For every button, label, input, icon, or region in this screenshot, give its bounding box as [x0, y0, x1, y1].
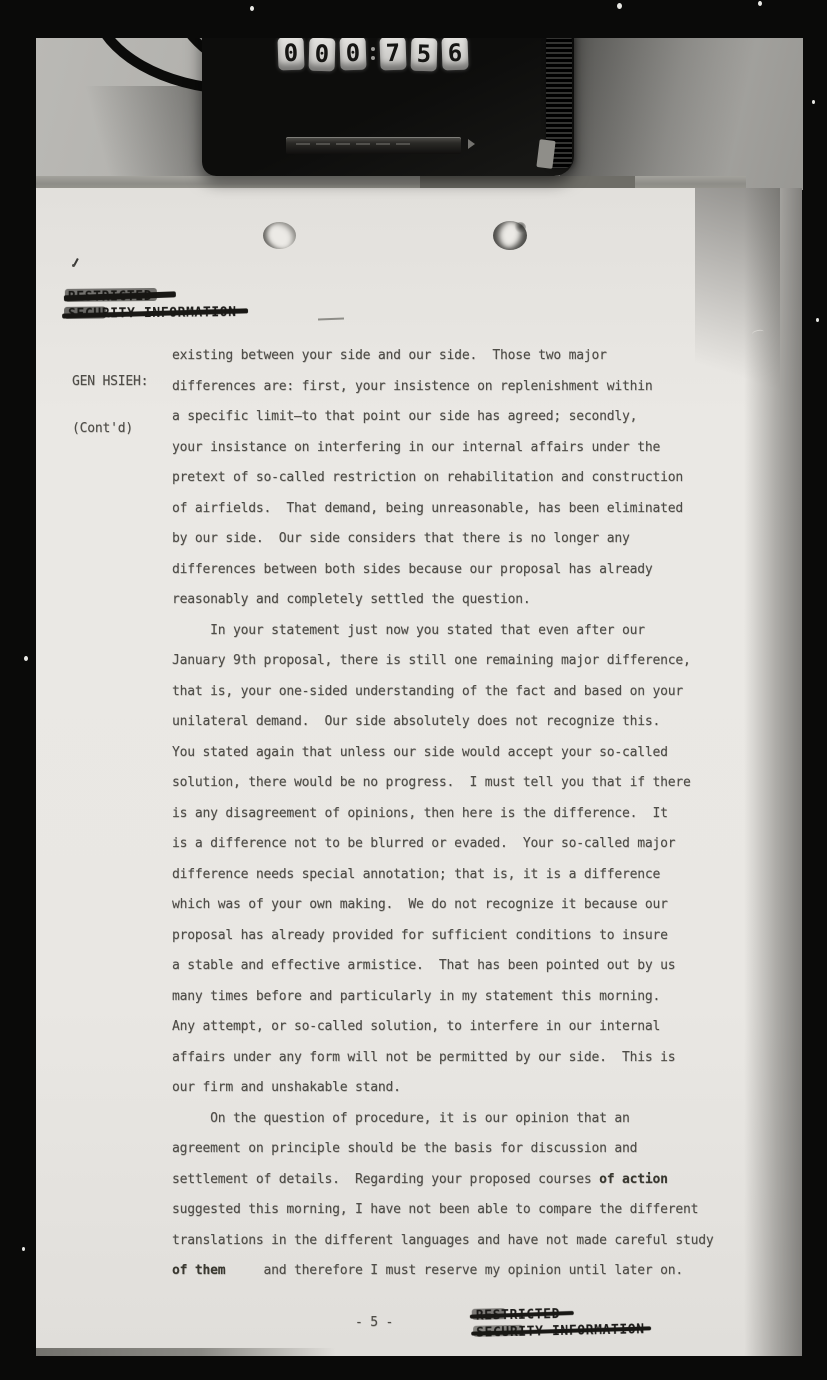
typed-segment: our firm and unshakable stand.	[172, 1080, 401, 1095]
typed-segment: January 9th proposal, there is still one…	[172, 653, 691, 668]
typed-line: your insistance on interfering in our in…	[172, 433, 714, 464]
strikethrough-mark	[64, 291, 176, 301]
counter-digit: 0	[339, 37, 366, 71]
counter-digit: 5	[411, 38, 438, 72]
typed-line: solution, there would be no progress. I …	[172, 768, 714, 799]
typed-segment: reasonably and completely settled the qu…	[172, 592, 530, 607]
speaker-contd: (Cont'd)	[72, 421, 148, 437]
film-speck	[758, 1, 762, 6]
typed-line: suggested this morning, I have not been …	[172, 1195, 714, 1226]
typed-line: affairs under any form will not be permi…	[172, 1043, 714, 1074]
typed-line: On the question of procedure, it is our …	[172, 1104, 714, 1135]
page-edge-shade	[744, 188, 802, 1356]
typed-segment: translations in the different languages …	[172, 1233, 714, 1248]
typed-line: proposal has already provided for suffic…	[172, 921, 714, 952]
device-roller-tab	[536, 139, 555, 169]
punch-hole-left	[263, 222, 296, 249]
film-border-top	[0, 0, 827, 38]
typed-line: of them and therefore I must reserve my …	[172, 1256, 714, 1287]
typed-line: differences are: first, your insistence …	[172, 372, 714, 403]
digit-separator	[371, 37, 376, 70]
typed-line: existing between your side and our side.…	[172, 341, 714, 372]
transcript-body: existing between your side and our side.…	[172, 341, 714, 1287]
document-page: RESTRICTED SECURITY INFORMATION GEN HSIE…	[36, 188, 802, 1356]
typed-line: many times before and particularly in my…	[172, 982, 714, 1013]
typed-segment-bold: of action	[599, 1172, 668, 1187]
typed-segment-bold: of them	[172, 1263, 225, 1278]
typed-line: You stated again that unless our side wo…	[172, 738, 714, 769]
typed-line: that is, your one-sided understanding of…	[172, 677, 714, 708]
punch-hole-right	[493, 221, 527, 250]
film-border-left	[0, 0, 36, 1380]
film-border-bottom	[0, 1356, 827, 1380]
device-shadow	[560, 36, 810, 190]
typed-line: agreement on principle should be the bas…	[172, 1134, 714, 1165]
typed-segment: which was of your own making. We do not …	[172, 897, 668, 912]
typed-segment: pretext of so-called restriction on reha…	[172, 470, 683, 485]
speaker-name: GEN HSIEH:	[72, 374, 148, 390]
typed-segment: settlement of details. Regarding your pr…	[172, 1172, 599, 1187]
typed-segment: and therefore I must reserve my opinion …	[225, 1263, 683, 1278]
typed-line: differences between both sides because o…	[172, 555, 714, 586]
film-speck	[22, 1247, 25, 1251]
typed-line: a stable and effective armistice. That h…	[172, 951, 714, 982]
page-number: - 5 -	[355, 1315, 393, 1330]
counter-digit: 7	[379, 37, 406, 71]
dash-mark	[318, 318, 344, 321]
typed-line: by our side. Our side considers that the…	[172, 524, 714, 555]
counter-digit: 0	[277, 37, 304, 71]
typed-segment: is a difference not to be blurred or eva…	[172, 836, 675, 851]
typed-segment: proposal has already provided for suffic…	[172, 928, 668, 943]
typed-segment: affairs under any form will not be permi…	[172, 1050, 675, 1065]
stamp-text: RESTRICTED	[68, 289, 152, 305]
counter-digit: 0	[309, 38, 336, 72]
typed-segment: On the question of procedure, it is our …	[172, 1111, 630, 1126]
typed-line: unilateral demand. Our side absolutely d…	[172, 707, 714, 738]
film-speck	[617, 3, 622, 9]
typed-segment: a specific limit—to that point our side …	[172, 409, 637, 424]
typed-line: difference needs special annotation; tha…	[172, 860, 714, 891]
typed-line: a specific limit—to that point our side …	[172, 402, 714, 433]
ink-mark	[72, 258, 80, 268]
typed-segment: difference needs special annotation; tha…	[172, 867, 660, 882]
film-speck	[816, 318, 819, 322]
speaker-label: GEN HSIEH: (Cont'd)	[72, 343, 148, 467]
typed-line: is a difference not to be blurred or eva…	[172, 829, 714, 860]
film-speck	[250, 6, 254, 11]
typed-segment: a stable and effective armistice. That h…	[172, 958, 675, 973]
page-bottom-edge	[36, 1348, 336, 1356]
film-speck	[24, 656, 28, 661]
typed-segment: of airfields. That demand, being unreaso…	[172, 501, 683, 516]
typed-line: Any attempt, or so-called solution, to i…	[172, 1012, 714, 1043]
typed-line: reasonably and completely settled the qu…	[172, 585, 714, 616]
typed-segment: by our side. Our side considers that the…	[172, 531, 630, 546]
typed-segment: is any disagreement of opinions, then he…	[172, 806, 668, 821]
counter-label-plate	[286, 137, 461, 154]
typed-line: settlement of details. Regarding your pr…	[172, 1165, 714, 1196]
typed-line: of airfields. That demand, being unreaso…	[172, 494, 714, 525]
typed-segment: solution, there would be no progress. I …	[172, 775, 691, 790]
classification-stamp-bottom: RESTRICTED SECURITY INFORMATION	[476, 1304, 645, 1342]
typed-segment: suggested this morning, I have not been …	[172, 1202, 698, 1217]
typed-line: translations in the different languages …	[172, 1226, 714, 1257]
typed-line: our firm and unshakable stand.	[172, 1073, 714, 1104]
typed-segment: differences are: first, your insistence …	[172, 379, 652, 394]
typed-segment: You stated again that unless our side wo…	[172, 745, 668, 760]
microfilm-frame: RESTRICTED SECURITY INFORMATION GEN HSIE…	[0, 0, 827, 1380]
typed-segment: many times before and particularly in my…	[172, 989, 660, 1004]
typed-line: pretext of so-called restriction on reha…	[172, 463, 714, 494]
typed-segment: unilateral demand. Our side absolutely d…	[172, 714, 660, 729]
typed-segment: differences between both sides because o…	[172, 562, 652, 577]
typed-segment: existing between your side and our side.…	[172, 348, 607, 363]
classification-stamp-top: RESTRICTED SECURITY INFORMATION	[68, 287, 237, 323]
typed-segment: that is, your one-sided understanding of…	[172, 684, 683, 699]
film-speck	[812, 100, 815, 104]
typed-line: is any disagreement of opinions, then he…	[172, 799, 714, 830]
typed-line: In your statement just now you stated th…	[172, 616, 714, 647]
typed-segment: Any attempt, or so-called solution, to i…	[172, 1019, 660, 1034]
counter-digit: 6	[441, 37, 468, 71]
frame-counter: 000756	[278, 37, 473, 70]
typed-segment: your insistance on interfering in our in…	[172, 440, 660, 455]
typed-segment: In your statement just now you stated th…	[172, 623, 645, 638]
typed-line: January 9th proposal, there is still one…	[172, 646, 714, 677]
pointer-icon	[468, 139, 475, 149]
typed-segment: agreement on principle should be the bas…	[172, 1141, 637, 1156]
typed-line: which was of your own making. We do not …	[172, 890, 714, 921]
film-border-right	[803, 0, 827, 1380]
